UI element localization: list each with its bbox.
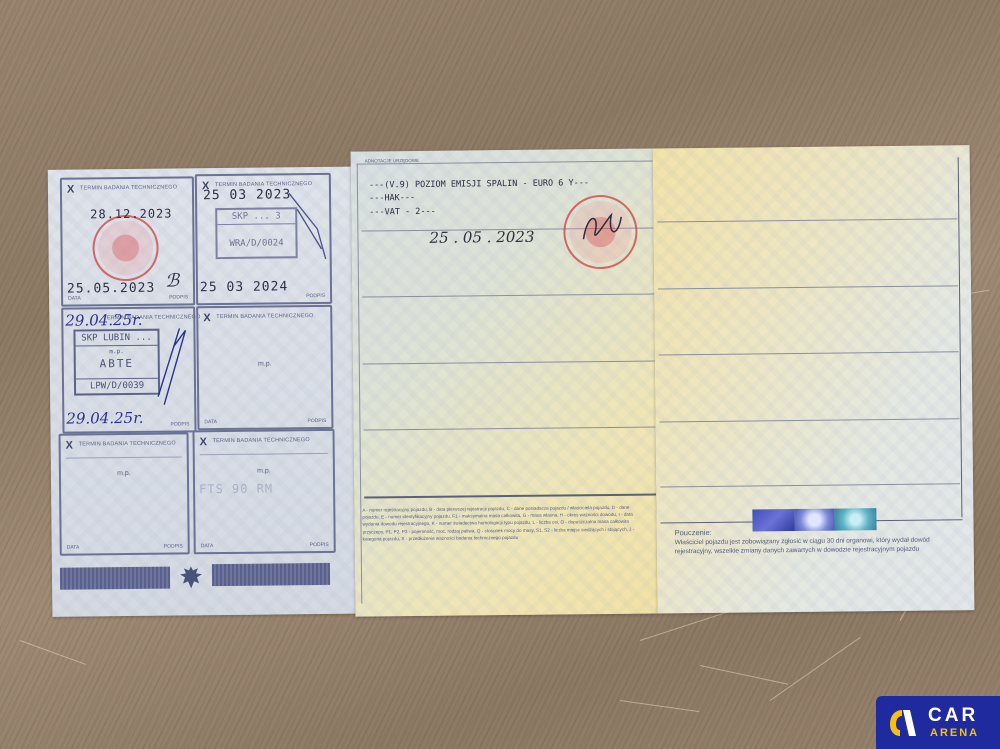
footer-data: DATA (68, 296, 81, 302)
signature (287, 189, 330, 269)
inspection-box-4: X TERMIN BADANIA TECHNICZNEGO m.p. DATA … (196, 305, 333, 430)
footer-podpis: PODPIS (306, 293, 325, 299)
middle-page: ADNOTACJE URZĘDOWE ---(V.9) POZIOM EMISJ… (351, 149, 658, 617)
field-legend: A - numer rejestracyjny pojazdu, B - dat… (362, 504, 647, 543)
stamp-line: SKP ... 3 (217, 209, 295, 225)
stamp-line: LPW/D/0039 (76, 379, 158, 394)
stamp-date-top: 28.12.2023 (90, 207, 172, 222)
security-band-right (212, 563, 330, 586)
car-arena-logo: CAR ARENA (876, 696, 1000, 749)
notice-text: Właściciel pojazdu jest zobowiązany zgło… (675, 537, 930, 556)
box-header: TERMIN BADANIA TECHNICZNEGO (79, 441, 176, 448)
stamp-date-bottom: 25 03 2024 (200, 279, 288, 295)
footer-podpis: PODPIS (164, 543, 183, 549)
handwritten-date-bottom: 29.04.25r. (66, 409, 143, 428)
straw (700, 665, 788, 685)
inspection-box-6: X TERMIN BADANIA TECHNICZNEGO m.p. FTS 9… (192, 429, 335, 554)
notice-title: Pouczenie: (675, 528, 712, 537)
straw (620, 700, 699, 712)
x-mark: X (203, 312, 210, 324)
signature (577, 209, 627, 250)
logo-line-2: ARENA (930, 727, 979, 739)
stamp-line: ABTE (76, 355, 158, 380)
stamp-line: WRA/D/0024 (217, 224, 295, 257)
x-mark: X (200, 436, 207, 448)
security-band-left (60, 567, 170, 590)
footer-data: DATA (201, 543, 214, 549)
logo-line-1: CAR (928, 705, 978, 727)
faint-imprint: FTS 90 RM (199, 481, 273, 496)
red-seal-icon (92, 215, 159, 282)
straw (770, 637, 861, 701)
station-stamp: SKP ... 3 WRA/D/0024 (215, 207, 298, 259)
footer-podpis: PODPIS (169, 294, 188, 300)
box-header: TERMIN BADANIA TECHNICZNEGO (80, 184, 177, 191)
annotation-line: ---HAK--- (369, 193, 415, 203)
stamp-line: SKP LUBIN ... (75, 331, 157, 347)
mp-placeholder: m.p. (195, 467, 333, 475)
inspection-box-3: TERMIN BADANIA TECHNICZNEGO 29.04.25r. S… (61, 306, 196, 433)
box-header: TERMIN BADANIA TECHNICZNEGO (213, 437, 310, 444)
footer-podpis: PODPIS (170, 421, 189, 427)
mp-placeholder: m.p. (199, 360, 331, 368)
mp-placeholder: m.p. (61, 470, 187, 478)
footer-podpis: PODPIS (307, 418, 326, 424)
box-header: TERMIN BADANIA TECHNICZNEGO (216, 313, 313, 320)
x-mark: X (66, 440, 73, 452)
inspection-box-5: X TERMIN BADANIA TECHNICZNEGO m.p. DATA … (59, 432, 190, 555)
signature: ℬ (165, 270, 179, 291)
polish-eagle-icon (178, 564, 204, 590)
footer-data: DATA (67, 545, 80, 551)
divider (200, 453, 328, 455)
handwritten-date: 25 . 05 . 2023 (429, 228, 534, 247)
annotation-line: ---VAT - 2--- (369, 207, 436, 218)
signature (149, 326, 190, 406)
x-mark: X (67, 184, 74, 196)
left-page: X TERMIN BADANIA TECHNICZNEGO 28.12.2023… (48, 167, 356, 617)
stamp-date-bottom: 25.05.2023 (67, 281, 155, 297)
car-arena-mark-icon (888, 708, 916, 738)
notice: Pouczenie: Właściciel pojazdu jest zobow… (675, 525, 955, 556)
inspection-box-2: X TERMIN BADANIA TECHNICZNEGO 25 03 2023… (195, 173, 332, 305)
stamp-date-top: 25 03 2023 (203, 187, 291, 203)
inspection-box-1: X TERMIN BADANIA TECHNICZNEGO 28.12.2023… (60, 176, 195, 306)
right-page: Pouczenie: Właściciel pojazdu jest zobow… (653, 145, 975, 613)
station-stamp: SKP LUBIN ... m.p. ABTE LPW/D/0039 (73, 329, 160, 396)
registration-document: X TERMIN BADANIA TECHNICZNEGO 28.12.2023… (48, 145, 975, 620)
footer-podpis: PODPIS (310, 542, 329, 548)
straw (20, 640, 86, 665)
divider (66, 456, 182, 458)
footer-data: DATA (204, 419, 217, 425)
handwritten-date-top: 29.04.25r. (65, 311, 142, 330)
